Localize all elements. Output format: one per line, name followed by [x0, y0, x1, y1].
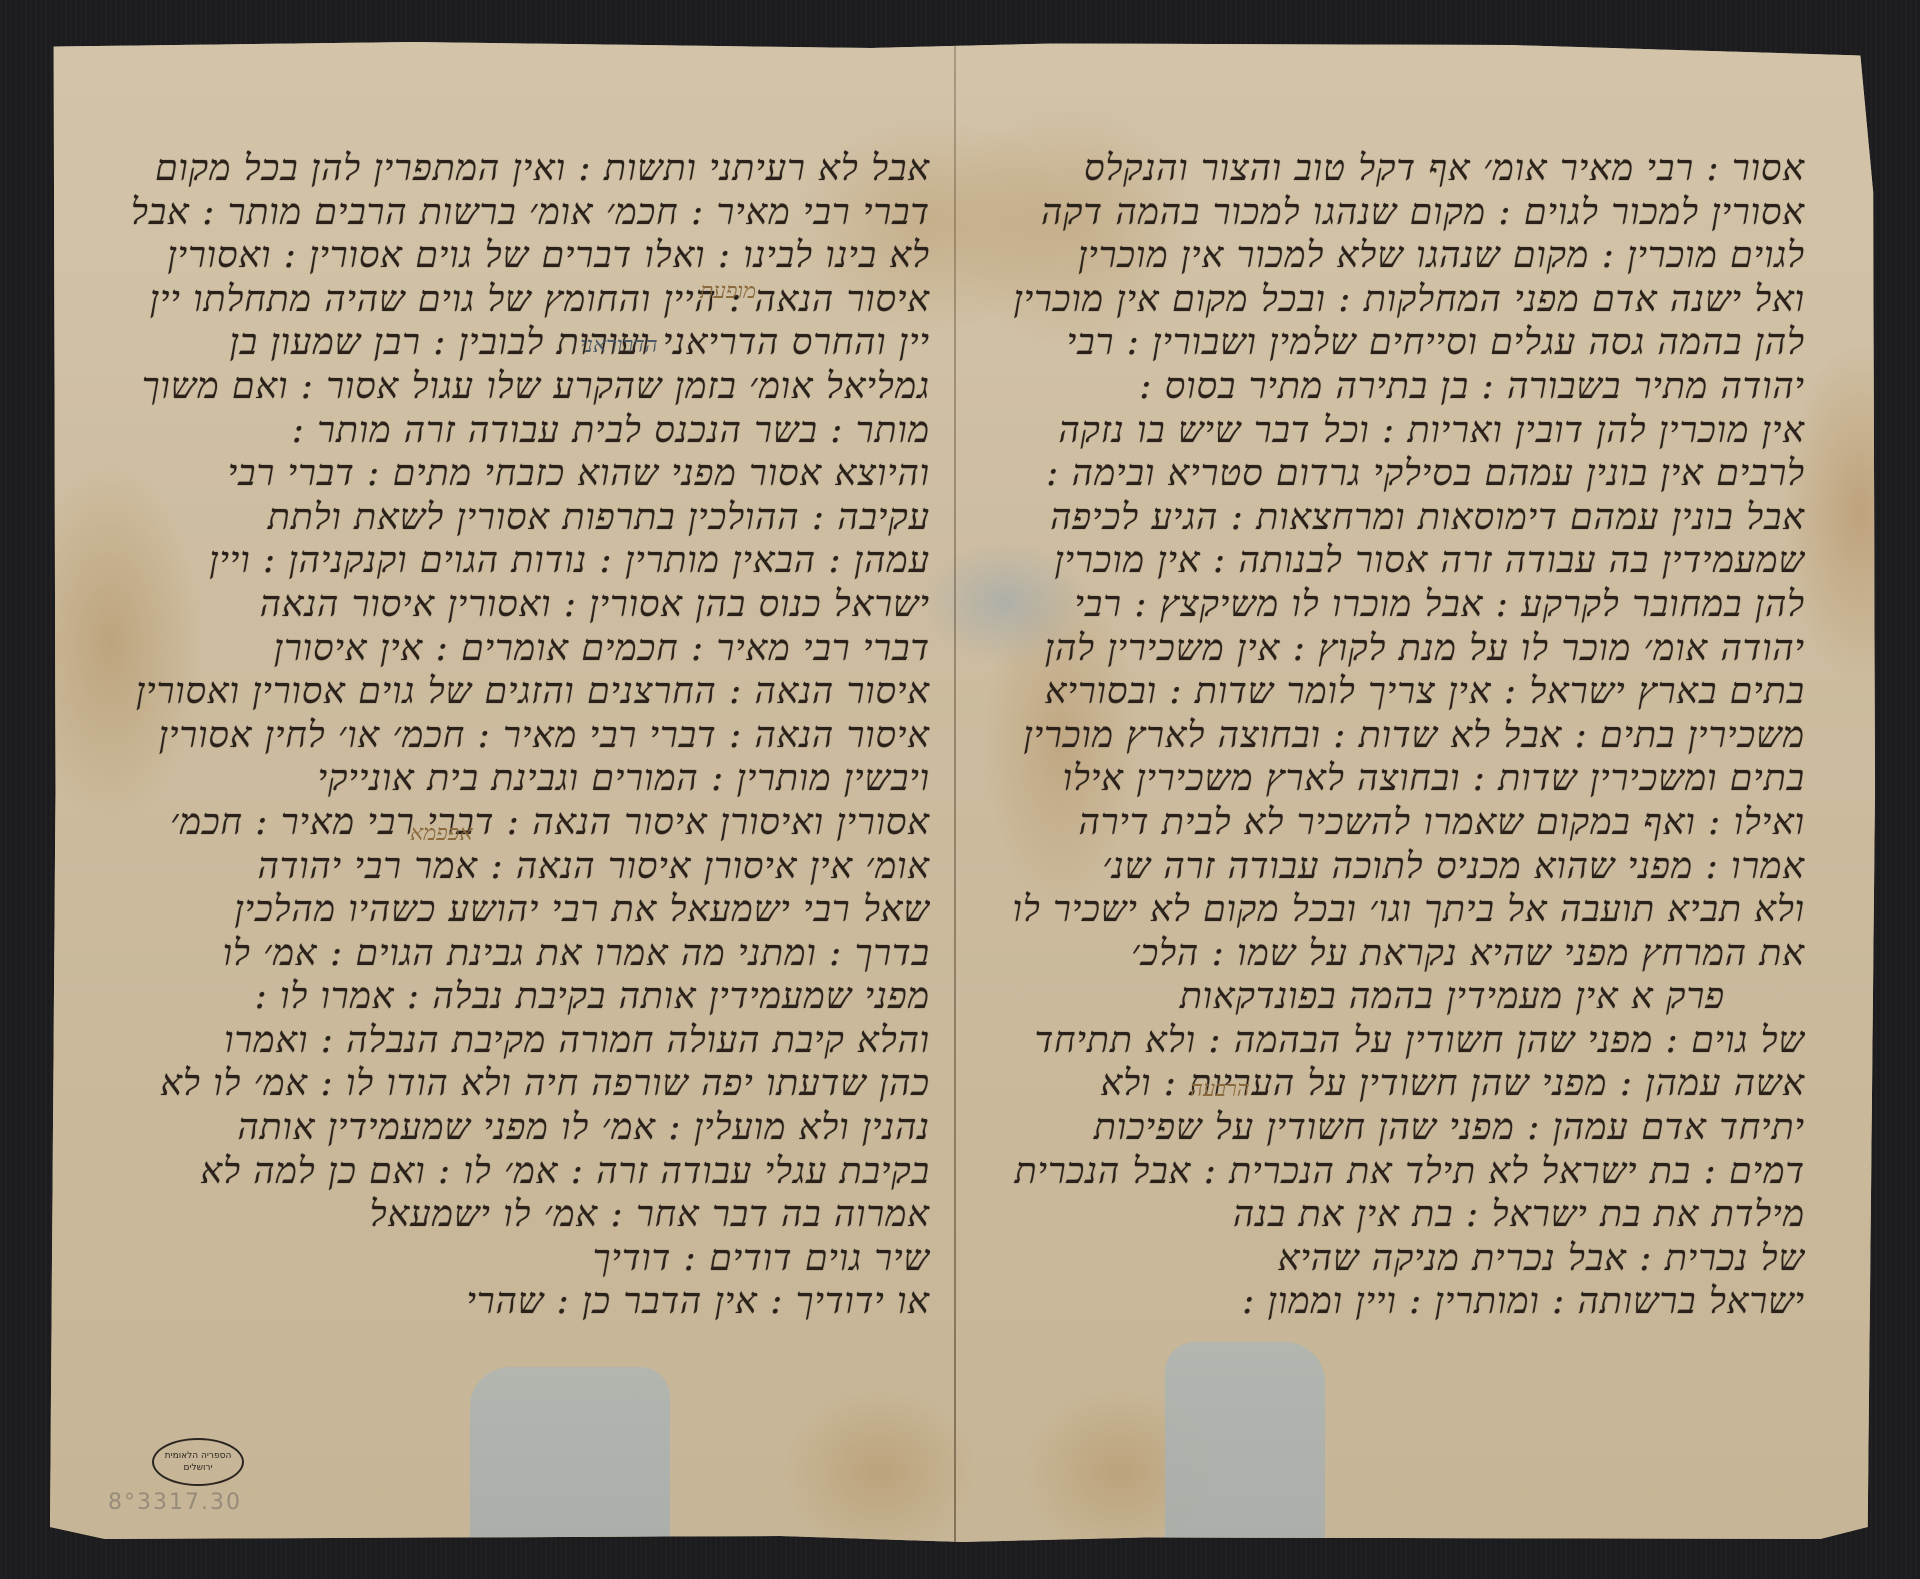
text-line: את המרחץ מפני שהיא נקראת על שמו : הלכ׳ — [1005, 932, 1805, 976]
stamp-line-2: ירושלים — [183, 1462, 212, 1474]
text-line: דמים : בת ישראל לא תילד את הנכרית : אבל … — [1005, 1150, 1805, 1194]
text-line: עמהן : הבאין מותרין : נודות הגוים וקנקני… — [120, 539, 930, 583]
text-line: דברי רבי מאיר : חכמ׳ אומ׳ ברשות הרבים מו… — [120, 191, 930, 235]
text-line: לרבים אין בונין עמהם בסילקי גרדום סטריא … — [1005, 452, 1805, 496]
library-stamp: הספריה הלאומית ירושלים — [152, 1438, 244, 1486]
text-line: ישראל ברשותה : ומותרין : ויין וממון : — [1005, 1280, 1805, 1324]
left-page-text: אבל לא רעיתני ותשות : ואין המתפרין להן ב… — [120, 147, 930, 1324]
text-line: של נכרית : אבל נכרית מניקה שהיא — [1005, 1237, 1805, 1281]
text-line: גמליאל אומ׳ בזמן שהקרע שלו עגול אסור : ו… — [120, 365, 930, 409]
chapter-heading-line: פרק א אין מעמידין בהמה בפונדקאות — [1005, 975, 1805, 1019]
text-line: אסורין למכור לגוים : מקום שנהגו למכור בה… — [1005, 191, 1805, 235]
text-line: אשה עמהן : מפני שהן חשודין על העריות : ו… — [1005, 1062, 1805, 1106]
text-line: משכירין בתים : אבל לא שדות : ובחוצה לארץ… — [1005, 714, 1805, 758]
text-line: עקיבה : ההולכין בתרפות אסורין לשאת ולתת — [120, 496, 930, 540]
text-line: מפני שמעמידין אותה בקיבת נבלה : אמרו לו … — [120, 975, 930, 1019]
text-line: והלא קיבת העולה חמורה מקיבת הנבלה : ואמר… — [120, 1019, 930, 1063]
text-line: איסור הנאה : היין והחומץ של גוים שהיה מת… — [120, 278, 930, 322]
text-line: שמעמידין בה עבודה זרה אסור לבנותה : אין … — [1005, 539, 1805, 583]
text-line: בדרך : ומתני מה אמרו את גבינת הגוים : אמ… — [120, 932, 930, 976]
text-line: יתיחד אדם עמהן : מפני שהן חשודין על שפיכ… — [1005, 1106, 1805, 1150]
text-line: לא בינו לבינו : ואלו דברים של גוים אסורי… — [120, 234, 930, 278]
stamp-line-1: הספריה הלאומית — [165, 1450, 232, 1462]
text-line: ויבשין מותרין : המורים וגבינת בית אונייק… — [120, 757, 930, 801]
center-fold — [954, 42, 956, 1542]
text-line: שאל רבי ישמעאל את רבי יהושע כשהיו מהלכין — [120, 888, 930, 932]
paper-loss-right — [1165, 1342, 1325, 1542]
text-line: איסור הנאה : דברי רבי מאיר : חכמ׳ או׳ לח… — [120, 714, 930, 758]
text-line: בקיבת עגלי עבודה זרה : אמ׳ לו : ואם כן ל… — [120, 1150, 930, 1194]
text-line: מותר : בשר הנכנס לבית עבודה זרה מותר : — [120, 409, 930, 453]
text-line: אבל בונין עמהם דימוסאות ומרחצאות : הגיע … — [1005, 496, 1805, 540]
text-line: יין והחרס הדריאני ועורות לבובין : רבן שמ… — [120, 321, 930, 365]
text-line: איסור הנאה : החרצנים והזגים של גוים אסור… — [120, 670, 930, 714]
interlinear-gloss: אפפמא — [410, 820, 473, 846]
text-line: מילדת את בת ישראל : בת אין את בנה — [1005, 1193, 1805, 1237]
text-line: ואל ישנה אדם מפני המחלקות : ובכל מקום אי… — [1005, 278, 1805, 322]
shelfmark: 8°3317.30 — [108, 1490, 242, 1515]
right-page-text: אסור : רבי מאיר אומ׳ אף דקל טוב והצור וה… — [1005, 147, 1805, 1324]
interlinear-gloss: הדרוראני — [580, 332, 658, 358]
text-line: שיר גוים דודים : דודיך — [120, 1237, 930, 1281]
text-line: בתים ומשכירין שדות : ובחוצה לארץ משכירין… — [1005, 757, 1805, 801]
interlinear-gloss: מופעת — [700, 278, 756, 304]
text-line: אמרו : מפני שהוא מכניס לתוכה עבודה זרה ש… — [1005, 845, 1805, 889]
manuscript-bifolium: אבל לא רעיתני ותשות : ואין המתפרין להן ב… — [50, 42, 1875, 1542]
text-line: אבל לא רעיתני ותשות : ואין המתפרין להן ב… — [120, 147, 930, 191]
text-line: אסורין ואיסורן איסור הנאה : דברי רבי מאי… — [120, 801, 930, 845]
text-line: ולא תביא תועבה אל ביתך וגו׳ ובכל מקום לא… — [1005, 888, 1805, 932]
text-line: נהנין ולא מועלין : אמ׳ לו מפני שמעמידין … — [120, 1106, 930, 1150]
text-line: והיוצא אסור מפני שהוא כזבחי מתים : דברי … — [120, 452, 930, 496]
text-line: יהודה אומ׳ מוכר לו על מנת לקוץ : אין משכ… — [1005, 627, 1805, 671]
text-line: אסור : רבי מאיר אומ׳ אף דקל טוב והצור וה… — [1005, 147, 1805, 191]
text-line: של גוים : מפני שהן חשודין על הבהמה : ולא… — [1005, 1019, 1805, 1063]
text-line: ואילו : ואף במקום שאמרו להשכיר לא לבית ד… — [1005, 801, 1805, 845]
paper-loss-left — [470, 1367, 670, 1542]
text-line: יהודה מתיר בשבורה : בן בתירה מתיר בסוס : — [1005, 365, 1805, 409]
text-line: בתים בארץ ישראל : אין צריך לומר שדות : ו… — [1005, 670, 1805, 714]
text-line: ישראל כנוס בהן אסורין : ואסורין איסור הנ… — [120, 583, 930, 627]
text-line: כהן שדעתו יפה שורפה חיה ולא הודו לו : אמ… — [120, 1062, 930, 1106]
interlinear-gloss: הרבעה — [1190, 1076, 1250, 1102]
text-line: אמרוה בה דבר אחר : אמ׳ לו ישמעאל — [120, 1193, 930, 1237]
text-line: לגוים מוכרין : מקום שנהגו שלא למכור אין … — [1005, 234, 1805, 278]
text-line: דברי רבי מאיר : חכמים אומרים : אין איסור… — [120, 627, 930, 671]
text-line: להן במחובר לקרקע : אבל מוכרו לו משיקצץ :… — [1005, 583, 1805, 627]
text-line: להן בהמה גסה עגלים וסייחים שלמין ושבורין… — [1005, 321, 1805, 365]
text-line: אומ׳ אין איסורן איסור הנאה : אמר רבי יהו… — [120, 845, 930, 889]
text-line: אין מוכרין להן דובין ואריות : וכל דבר שי… — [1005, 409, 1805, 453]
text-line: או ידודיך : אין הדבר כן : שהרי — [120, 1280, 930, 1324]
